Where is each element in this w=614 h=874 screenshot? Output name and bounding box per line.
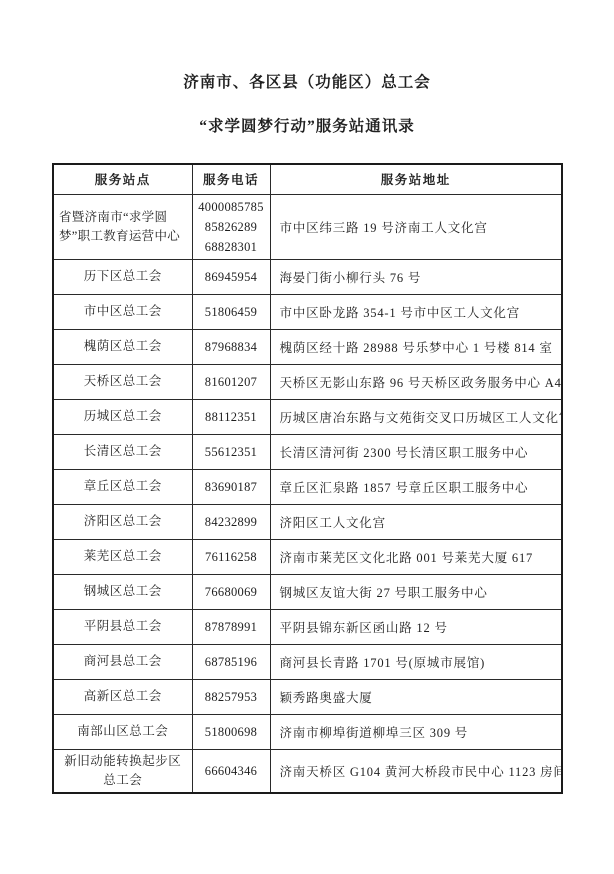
phone-cell: 86945954	[192, 259, 270, 294]
phone-number: 4000085785	[197, 197, 266, 217]
address-cell: 济南天桥区 G104 黄河大桥段市民中心 1123 房间	[270, 749, 562, 793]
station-cell: 槐荫区总工会	[53, 329, 192, 364]
station-cell: 天桥区总工会	[53, 364, 192, 399]
station-cell: 平阴县总工会	[53, 609, 192, 644]
phone-cell: 51806459	[192, 294, 270, 329]
phone-number: 81601207	[197, 372, 266, 392]
station-cell: 历城区总工会	[53, 399, 192, 434]
phone-number: 68828301	[197, 237, 266, 257]
station-cell: 商河县总工会	[53, 644, 192, 679]
address-cell: 历城区唐冶东路与文苑街交叉口历城区工人文化宫	[270, 399, 562, 434]
table-row: 章丘区总工会 83690187 章丘区汇泉路 1857 号章丘区职工服务中心	[53, 469, 562, 504]
address-cell: 槐荫区经十路 28988 号乐梦中心 1 号楼 814 室	[270, 329, 562, 364]
station-cell: 钢城区总工会	[53, 574, 192, 609]
phone-number: 85826289	[197, 217, 266, 237]
station-cell: 章丘区总工会	[53, 469, 192, 504]
phone-cell: 66604346	[192, 749, 270, 793]
address-cell: 海晏门街小柳行头 76 号	[270, 259, 562, 294]
phone-cell: 68785196	[192, 644, 270, 679]
table-row: 钢城区总工会 76680069 钢城区友谊大街 27 号职工服务中心	[53, 574, 562, 609]
table-row: 历下区总工会 86945954 海晏门街小柳行头 76 号	[53, 259, 562, 294]
address-cell: 天桥区无影山东路 96 号天桥区政务服务中心 A408	[270, 364, 562, 399]
phone-number: 87968834	[197, 337, 266, 357]
table-row: 天桥区总工会 81601207 天桥区无影山东路 96 号天桥区政务服务中心 A…	[53, 364, 562, 399]
table-row: 槐荫区总工会 87968834 槐荫区经十路 28988 号乐梦中心 1 号楼 …	[53, 329, 562, 364]
station-cell: 高新区总工会	[53, 679, 192, 714]
column-header-address: 服务站地址	[270, 164, 562, 194]
address-cell: 平阴县锦东新区函山路 12 号	[270, 609, 562, 644]
address-cell: 颖秀路奥盛大厦	[270, 679, 562, 714]
table-row: 长清区总工会 55612351 长清区清河街 2300 号长清区职工服务中心	[53, 434, 562, 469]
address-cell: 章丘区汇泉路 1857 号章丘区职工服务中心	[270, 469, 562, 504]
table-row: 省暨济南市“求学圆梦”职工教育运营中心 40000857858582628968…	[53, 194, 562, 259]
phone-cell: 40000857858582628968828301	[192, 194, 270, 259]
address-cell: 商河县长青路 1701 号(原城市展馆)	[270, 644, 562, 679]
phone-number: 68785196	[197, 652, 266, 672]
phone-number: 51806459	[197, 302, 266, 322]
table-body: 省暨济南市“求学圆梦”职工教育运营中心 40000857858582628968…	[53, 194, 562, 793]
phone-number: 76116258	[197, 547, 266, 567]
table-row: 济阳区总工会 84232899 济阳区工人文化宫	[53, 504, 562, 539]
table-row: 南部山区总工会 51800698 济南市柳埠街道柳埠三区 309 号	[53, 714, 562, 749]
address-cell: 济阳区工人文化宫	[270, 504, 562, 539]
phone-cell: 51800698	[192, 714, 270, 749]
phone-cell: 76116258	[192, 539, 270, 574]
phone-cell: 83690187	[192, 469, 270, 504]
phone-number: 84232899	[197, 512, 266, 532]
table-row: 市中区总工会 51806459 市中区卧龙路 354-1 号市中区工人文化宫	[53, 294, 562, 329]
phone-cell: 84232899	[192, 504, 270, 539]
station-cell: 长清区总工会	[53, 434, 192, 469]
phone-cell: 81601207	[192, 364, 270, 399]
phone-cell: 87968834	[192, 329, 270, 364]
station-cell: 济阳区总工会	[53, 504, 192, 539]
address-cell: 济南市柳埠街道柳埠三区 309 号	[270, 714, 562, 749]
phone-cell: 88112351	[192, 399, 270, 434]
phone-number: 66604346	[197, 761, 266, 781]
address-cell: 长清区清河街 2300 号长清区职工服务中心	[270, 434, 562, 469]
phone-cell: 55612351	[192, 434, 270, 469]
phone-cell: 88257953	[192, 679, 270, 714]
station-cell: 市中区总工会	[53, 294, 192, 329]
station-cell: 历下区总工会	[53, 259, 192, 294]
station-cell: 南部山区总工会	[53, 714, 192, 749]
phone-cell: 76680069	[192, 574, 270, 609]
phone-number: 76680069	[197, 582, 266, 602]
address-cell: 市中区卧龙路 354-1 号市中区工人文化宫	[270, 294, 562, 329]
phone-number: 88112351	[197, 407, 266, 427]
phone-number: 83690187	[197, 477, 266, 497]
document-page: 济南市、各区县（功能区）总工会 “求学圆梦行动”服务站通讯录 服务站点 服务电话…	[0, 0, 614, 874]
document-subtitle: “求学圆梦行动”服务站通讯录	[0, 94, 614, 138]
column-header-phone: 服务电话	[192, 164, 270, 194]
header-row: 服务站点 服务电话 服务站地址	[53, 164, 562, 194]
column-header-station: 服务站点	[53, 164, 192, 194]
table-header: 服务站点 服务电话 服务站地址	[53, 164, 562, 194]
phone-number: 55612351	[197, 442, 266, 462]
station-cell: 莱芜区总工会	[53, 539, 192, 574]
document-title: 济南市、各区县（功能区）总工会	[0, 0, 614, 94]
phone-number: 87878991	[197, 617, 266, 637]
contact-table: 服务站点 服务电话 服务站地址 省暨济南市“求学圆梦”职工教育运营中心 4000…	[52, 163, 563, 794]
phone-number: 51800698	[197, 722, 266, 742]
table-row: 平阴县总工会 87878991 平阴县锦东新区函山路 12 号	[53, 609, 562, 644]
table-row: 新旧动能转换起步区总工会 66604346 济南天桥区 G104 黄河大桥段市民…	[53, 749, 562, 793]
phone-cell: 87878991	[192, 609, 270, 644]
table-row: 历城区总工会 88112351 历城区唐冶东路与文苑街交叉口历城区工人文化宫	[53, 399, 562, 434]
address-cell: 济南市莱芜区文化北路 001 号莱芜大厦 617	[270, 539, 562, 574]
station-cell: 省暨济南市“求学圆梦”职工教育运营中心	[53, 194, 192, 259]
address-cell: 钢城区友谊大街 27 号职工服务中心	[270, 574, 562, 609]
table-row: 高新区总工会 88257953 颖秀路奥盛大厦	[53, 679, 562, 714]
address-cell: 市中区纬三路 19 号济南工人文化宫	[270, 194, 562, 259]
table-row: 商河县总工会 68785196 商河县长青路 1701 号(原城市展馆)	[53, 644, 562, 679]
table-row: 莱芜区总工会 76116258 济南市莱芜区文化北路 001 号莱芜大厦 617	[53, 539, 562, 574]
phone-number: 86945954	[197, 267, 266, 287]
station-cell: 新旧动能转换起步区总工会	[53, 749, 192, 793]
phone-number: 88257953	[197, 687, 266, 707]
